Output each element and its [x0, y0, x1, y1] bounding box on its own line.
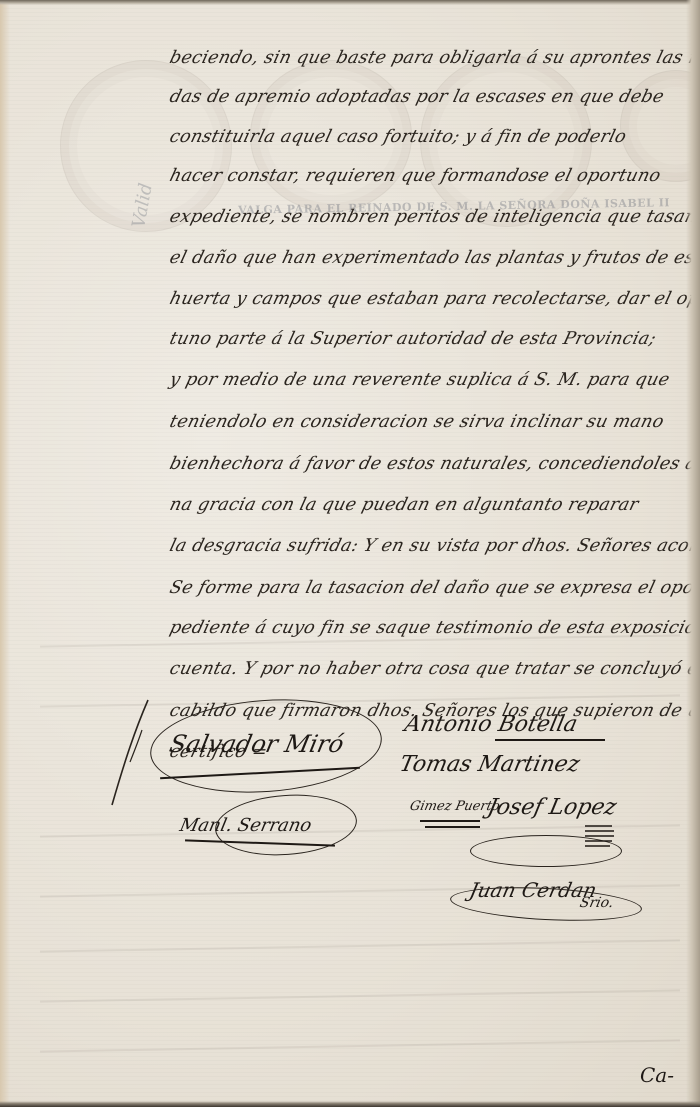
bottom-page-edge [0, 1101, 700, 1107]
right-page-edge [686, 0, 700, 1107]
manuscript-page: VALGA PARA EL REINADO DE S. M. LA SEÑORA… [0, 0, 700, 1107]
lopez-rubric-lines [0, 0, 700, 1107]
catchword: Ca- [640, 1063, 674, 1087]
